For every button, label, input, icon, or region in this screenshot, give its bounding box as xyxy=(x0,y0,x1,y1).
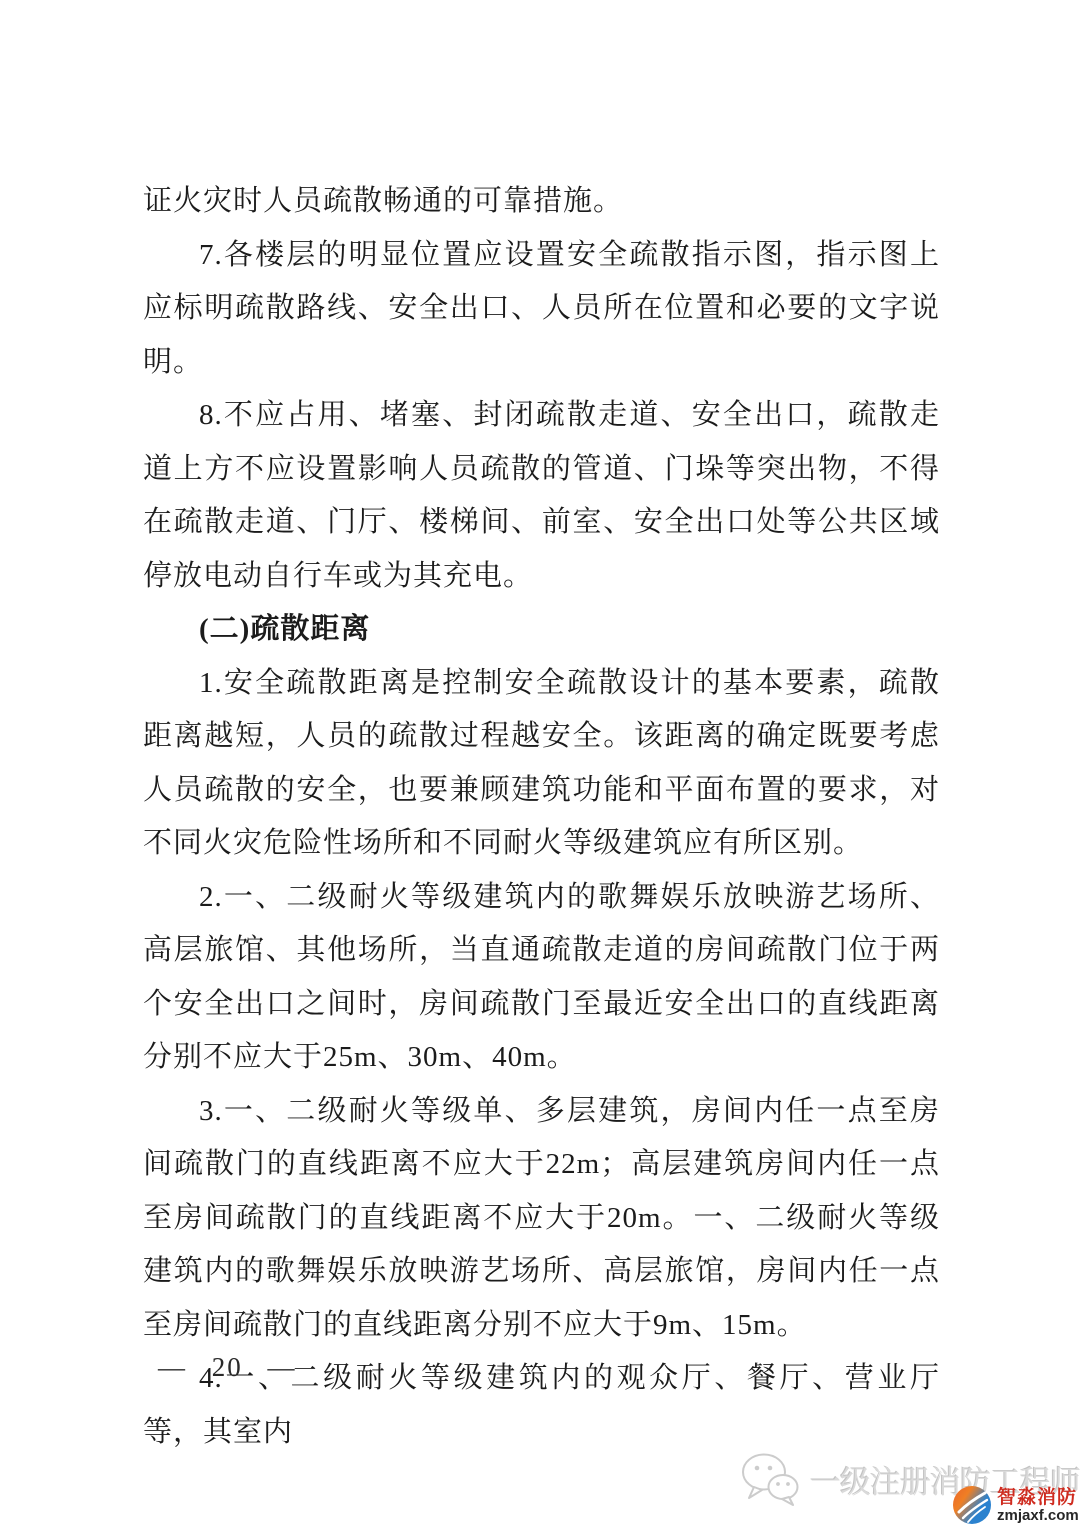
document-page: 证火灾时人员疏散畅通的可靠措施。 7.各楼层的明显位置应设置安全疏散指示图，指示… xyxy=(0,0,1080,1527)
brand-text: 智淼消防 zmjaxf.com xyxy=(997,1487,1079,1524)
paragraph-item-1: 1.安全疏散距离是控制安全疏散设计的基本要素，疏散距离越短，人员的疏散过程越安全… xyxy=(143,657,940,871)
section-heading-evacuation-distance: (二)疏散距离 xyxy=(143,603,940,657)
zhimiao-logo-icon xyxy=(952,1485,992,1525)
paragraph-item-2: 2.一、二级耐火等级建筑内的歌舞娱乐放映游艺场所、高层旅馆、其他场所，当直通疏散… xyxy=(143,871,940,1085)
brand-logo: 智淼消防 zmjaxf.com xyxy=(952,1485,1079,1525)
wechat-icon xyxy=(740,1452,800,1506)
paragraph-item-7: 7.各楼层的明显位置应设置安全疏散指示图，指示图上应标明疏散路线、安全出口、人员… xyxy=(143,229,940,390)
page-number: — 20 — xyxy=(158,1352,297,1383)
document-text-block: 证火灾时人员疏散畅通的可靠措施。 7.各楼层的明显位置应设置安全疏散指示图，指示… xyxy=(143,175,940,1459)
paragraph-item-3: 3.一、二级耐火等级单、多层建筑，房间内任一点至房间疏散门的直线距离不应大于22… xyxy=(143,1085,940,1353)
paragraph-item-8: 8.不应占用、堵塞、封闭疏散走道、安全出口，疏散走道上方不应设置影响人员疏散的管… xyxy=(143,389,940,603)
paragraph-continuation: 证火灾时人员疏散畅通的可靠措施。 xyxy=(143,175,940,229)
brand-url: zmjaxf.com xyxy=(997,1508,1079,1524)
brand-name: 智淼消防 xyxy=(997,1487,1079,1508)
